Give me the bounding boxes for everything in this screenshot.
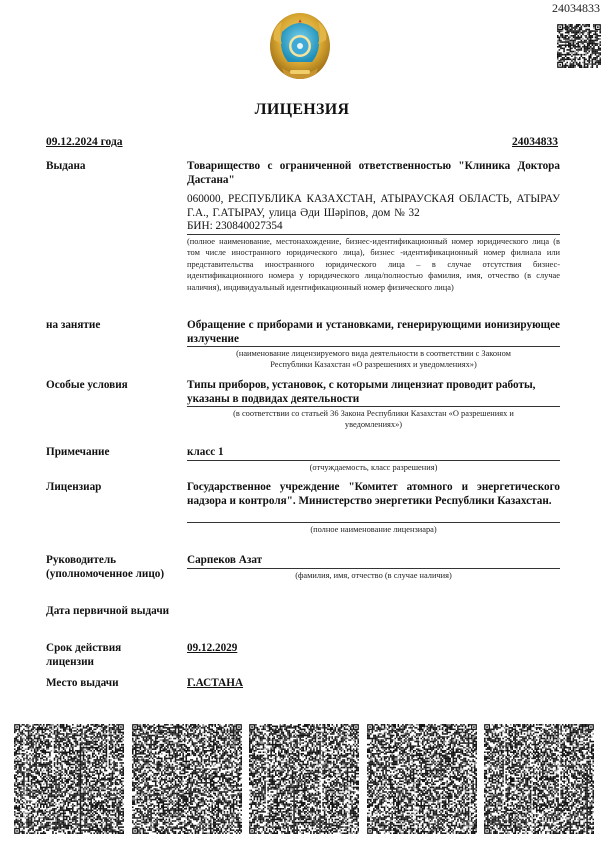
kazakhstan-state-emblem-icon xyxy=(268,10,332,84)
place-value: Г.АСТАНА xyxy=(187,676,560,690)
special-conditions-hint: (в соответствии со статьей 36 Закона Рес… xyxy=(187,408,560,430)
note-label: Примечание xyxy=(46,445,181,459)
head-hint: (фамилия, имя, отчество (в случае наличи… xyxy=(187,570,560,581)
license-number: 24034833 xyxy=(512,136,558,148)
place-label: Место выдачи xyxy=(46,676,181,690)
issued-to-bin: БИН: 230840027354 xyxy=(187,219,560,233)
note-hint: (отчуждаемость, класс разрешения) xyxy=(187,462,560,473)
divider xyxy=(187,460,560,461)
divider xyxy=(187,406,560,407)
validity-label: Срок действия лицензии xyxy=(46,641,156,669)
page-title: ЛИЦЕНЗИЯ xyxy=(0,101,604,119)
divider xyxy=(187,568,560,569)
qr-code-icon xyxy=(484,724,594,834)
first-issue-label: Дата первичной выдачи xyxy=(46,604,196,618)
issued-to-name: Товарищество с ограниченной ответственно… xyxy=(187,159,560,187)
divider xyxy=(187,346,560,347)
activity-label: на занятие xyxy=(46,318,181,332)
note-value: класс 1 xyxy=(187,445,560,459)
qr-code-icon xyxy=(367,724,477,834)
qr-code-icon xyxy=(132,724,242,834)
licensor-label: Лицензиар xyxy=(46,480,181,494)
issued-to-address: 060000, РЕСПУБЛИКА КАЗАХСТАН, АТЫРАУСКАЯ… xyxy=(187,192,560,220)
footer-qr-codes xyxy=(14,724,594,834)
issued-to-label: Выдана xyxy=(46,159,181,173)
special-conditions-label: Особые условия xyxy=(46,378,181,392)
qr-code-icon xyxy=(249,724,359,834)
activity-value: Обращение с приборами и установками, ген… xyxy=(187,318,560,346)
head-label: Руководитель (уполномоченное лицо) xyxy=(46,553,186,581)
qr-code-icon xyxy=(557,24,601,68)
divider xyxy=(187,522,560,523)
licensor-hint: (полное наименование лицензиара) xyxy=(187,524,560,535)
activity-hint: (наименование лицензируемого вида деятел… xyxy=(187,348,560,370)
head-value: Сарпеков Азат xyxy=(187,553,560,567)
license-meta-row: 09.12.2024 года 24034833 xyxy=(46,136,558,152)
issue-date: 09.12.2024 года xyxy=(46,136,123,148)
issued-to-hint: (полное наименование, местонахождение, б… xyxy=(187,236,560,293)
qr-code-icon xyxy=(14,724,124,834)
special-conditions-value: Типы приборов, установок, с которыми лиц… xyxy=(187,378,560,406)
divider xyxy=(187,234,560,235)
validity-value: 09.12.2029 xyxy=(187,641,560,655)
licensor-value: Государственное учреждение "Комитет атом… xyxy=(187,480,560,508)
doc-number-top: 24034833 xyxy=(552,1,600,16)
